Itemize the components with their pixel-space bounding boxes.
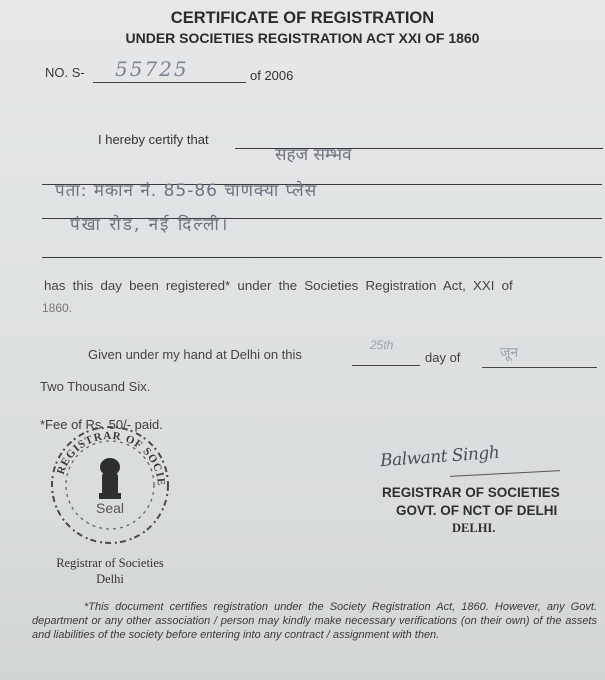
certify-label: I hereby certify that: [98, 132, 209, 147]
registration-statement: has this day been registered* under the …: [44, 278, 513, 293]
society-name-handwritten: सहज सम्भव: [275, 142, 352, 165]
month-handwritten: जून: [500, 343, 518, 362]
emblem-icon: [99, 458, 121, 499]
svg-text:Seal: Seal: [96, 500, 124, 516]
fee-paid-text: *Fee of Rs. 50/- paid.: [40, 417, 163, 432]
day-handwritten: 25th: [370, 338, 393, 352]
certificate-subtitle: UNDER SOCIETIES REGISTRATION ACT XXI OF …: [0, 30, 605, 46]
address-line-1-handwritten: पता: मकान नं. 85-86 चाणक्या प्लेस: [55, 178, 317, 201]
signatory-department: GOVT. OF NCT OF DELHI: [396, 503, 557, 518]
seal-caption-line1: Registrar of Societies: [40, 555, 180, 571]
registration-statement-year: 1860.: [42, 301, 72, 315]
registration-number-label: NO. S-: [45, 65, 85, 80]
certificate-page: CERTIFICATE OF REGISTRATION UNDER SOCIET…: [0, 0, 605, 680]
year-in-words: Two Thousand Six.: [40, 379, 150, 394]
address-line-3-rule: [42, 257, 602, 258]
registrar-seal-stamp: REGISTRAR OF SOCIETIES ✱ DELHI Seal: [40, 417, 175, 547]
registrar-signature: Balwant Singh: [379, 443, 499, 471]
footnote: *This document certifies registration un…: [32, 600, 597, 642]
registration-number-value: 55725: [115, 57, 189, 81]
given-under-hand-label: Given under my hand at Delhi on this: [88, 347, 302, 362]
month-line: [482, 367, 597, 368]
seal-caption-line2: Delhi: [40, 571, 180, 587]
footnote-text: *This document certifies registration un…: [32, 601, 597, 641]
day-of-label: day of: [425, 350, 460, 365]
address-line-2-handwritten: पंखा रोड, नई दिल्ली।: [70, 212, 229, 235]
signature-underline: [450, 470, 560, 477]
registration-year: of 2006: [250, 68, 293, 83]
signatory-title: REGISTRAR OF SOCIETIES: [382, 485, 560, 500]
certificate-title: CERTIFICATE OF REGISTRATION: [0, 9, 605, 28]
registration-number-line: [93, 82, 246, 83]
day-line: [352, 365, 420, 366]
signatory-location: DELHI.: [452, 521, 495, 536]
seal-caption: Registrar of Societies Delhi: [40, 555, 180, 587]
